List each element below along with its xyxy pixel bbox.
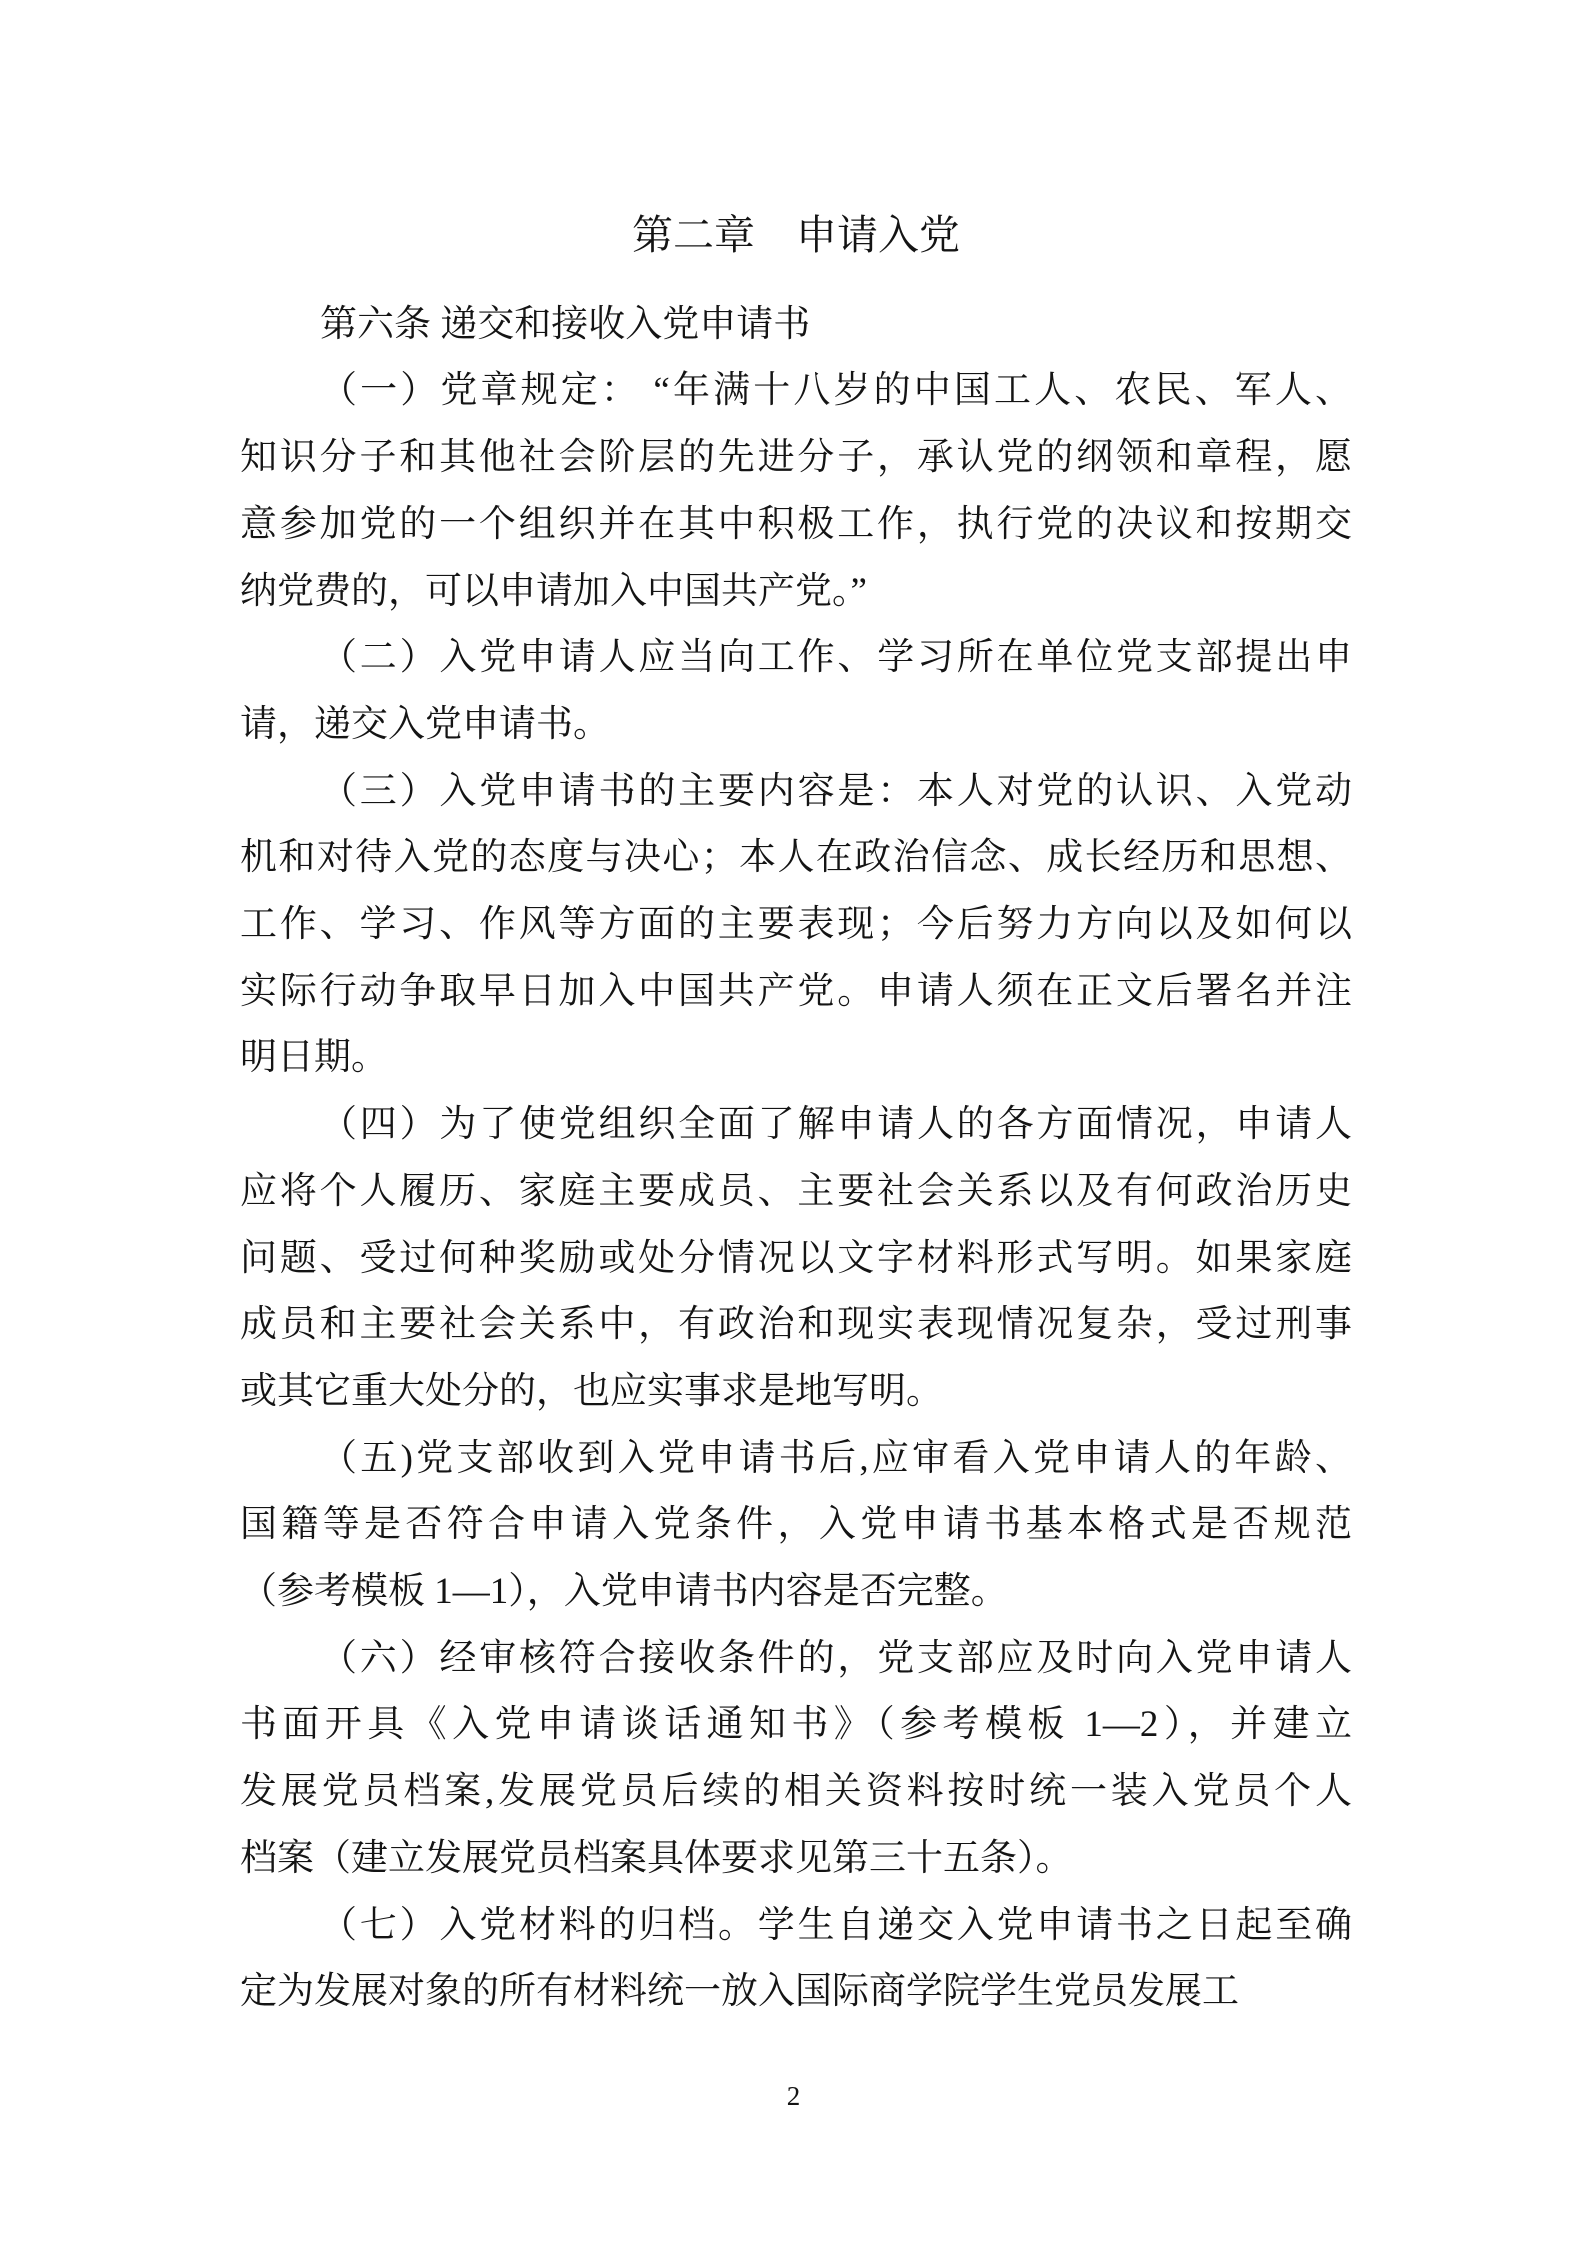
paragraph: （二）入党申请人应当向工作、学习所在单位党支部提出申请，递交入党申请书。 — [240, 625, 1352, 758]
paragraph: （六）经审核符合接收条件的，党支部应及时向入党申请人书面开具《入党申请谈话通知书… — [240, 1626, 1352, 1893]
text-line: 发展党员档案,发展党员后续的相关资料按时统一装入党员个人 — [240, 1759, 1352, 1826]
chapter-title: 第二章 申请入党 — [240, 202, 1352, 269]
text-line: （四）为了使党组织全面了解申请人的各方面情况，申请人 — [240, 1092, 1352, 1159]
paragraph: （五)党支部收到入党申请书后,应审看入党申请人的年龄、国籍等是否符合申请入党条件… — [240, 1426, 1352, 1626]
text-line: 或其它重大处分的，也应实事求是地写明。 — [240, 1359, 1352, 1426]
text-line: 应将个人履历、家庭主要成员、主要社会关系以及有何政治历史 — [240, 1159, 1352, 1226]
text-line: 意参加党的一个组织并在其中积极工作，执行党的决议和按期交 — [240, 492, 1352, 559]
text-line: 档案（建立发展党员档案具体要求见第三十五条）。 — [240, 1826, 1352, 1893]
document-content: 第二章 申请入党 第六条 递交和接收入党申请书 （一）党章规定： “年满十八岁的… — [240, 202, 1352, 2026]
paragraph: （七）入党材料的归档。学生自递交入党申请书之日起至确定为发展对象的所有材料统一放… — [240, 1893, 1352, 2026]
text-line: （七）入党材料的归档。学生自递交入党申请书之日起至确 — [240, 1893, 1352, 1960]
paragraph: （一）党章规定： “年满十八岁的中国工人、农民、军人、知识分子和其他社会阶层的先… — [240, 358, 1352, 625]
document-page: 第二章 申请入党 第六条 递交和接收入党申请书 （一）党章规定： “年满十八岁的… — [0, 0, 1587, 2245]
text-line: （二）入党申请人应当向工作、学习所在单位党支部提出申 — [240, 625, 1352, 692]
text-line: 书面开具《入党申请谈话通知书》（参考模板 1—2），并建立 — [240, 1692, 1352, 1759]
section-heading: 第六条 递交和接收入党申请书 — [240, 292, 1352, 359]
text-line: 问题、受过何种奖励或处分情况以文字材料形式写明。如果家庭 — [240, 1226, 1352, 1293]
page-number: 2 — [0, 2080, 1587, 2112]
text-line: 请，递交入党申请书。 — [240, 692, 1352, 759]
text-line: 工作、学习、作风等方面的主要表现；今后努力方向以及如何以 — [240, 892, 1352, 959]
text-line: 成员和主要社会关系中，有政治和现实表现情况复杂，受过刑事 — [240, 1292, 1352, 1359]
text-line: 知识分子和其他社会阶层的先进分子，承认党的纲领和章程，愿 — [240, 425, 1352, 492]
text-line: （六）经审核符合接收条件的，党支部应及时向入党申请人 — [240, 1626, 1352, 1693]
text-line: （一）党章规定： “年满十八岁的中国工人、农民、军人、 — [240, 358, 1352, 425]
text-line: （参考模板 1—1），入党申请书内容是否完整。 — [240, 1559, 1352, 1626]
text-line: 定为发展对象的所有材料统一放入国际商学院学生党员发展工 — [240, 1959, 1352, 2026]
text-line: （三）入党申请书的主要内容是：本人对党的认识、入党动 — [240, 759, 1352, 826]
paragraph: （三）入党申请书的主要内容是：本人对党的认识、入党动机和对待入党的态度与决心；本… — [240, 759, 1352, 1093]
text-line: （五)党支部收到入党申请书后,应审看入党申请人的年龄、 — [240, 1426, 1352, 1493]
text-line: 明日期。 — [240, 1025, 1352, 1092]
text-line: 机和对待入党的态度与决心；本人在政治信念、成长经历和思想、 — [240, 825, 1352, 892]
text-line: 纳党费的，可以申请加入中国共产党。” — [240, 559, 1352, 626]
text-line: 国籍等是否符合申请入党条件，入党申请书基本格式是否规范 — [240, 1492, 1352, 1559]
paragraph: （四）为了使党组织全面了解申请人的各方面情况，申请人应将个人履历、家庭主要成员、… — [240, 1092, 1352, 1426]
document-body: （一）党章规定： “年满十八岁的中国工人、农民、军人、知识分子和其他社会阶层的先… — [240, 358, 1352, 2026]
text-line: 实际行动争取早日加入中国共产党。申请人须在正文后署名并注 — [240, 959, 1352, 1026]
